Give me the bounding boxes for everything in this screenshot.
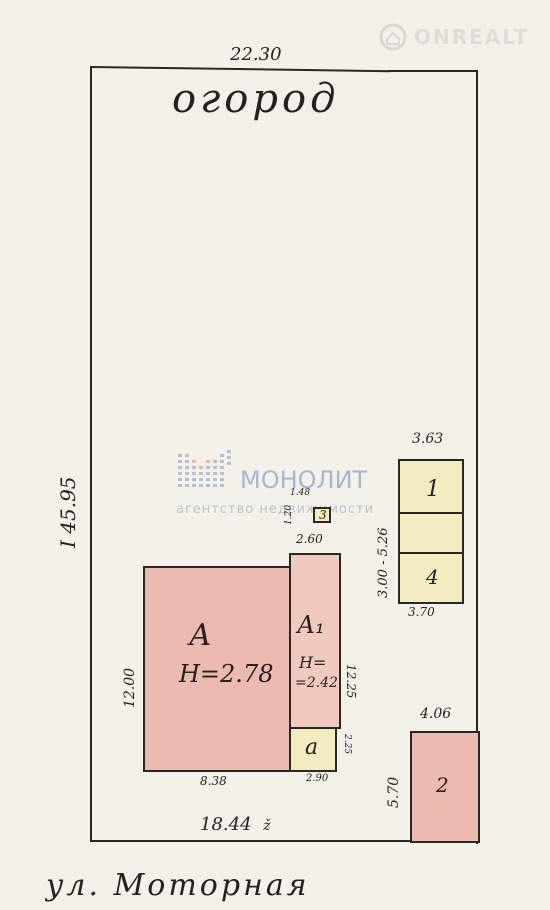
- building-A1-height-1: H=: [299, 653, 326, 672]
- outbuilding-top-width: 3.63: [412, 431, 443, 447]
- building-A-width: 8.38: [200, 774, 227, 788]
- shed-3: 3: [313, 507, 331, 523]
- shed-3-side-dim: 1.20: [284, 505, 294, 525]
- street-label: ул. Моторная: [46, 868, 310, 903]
- building-A1-height-2: =2.42: [295, 675, 338, 691]
- outbuilding-divider-1: [400, 512, 462, 514]
- outbuilding-1-4: 1 4: [398, 459, 464, 604]
- left-length-label: I 45.95: [56, 476, 80, 548]
- onrealt-watermark: ONREALT: [378, 22, 529, 52]
- onrealt-brand: ONREALT: [414, 25, 529, 49]
- building-A-height: H=2.78: [179, 660, 273, 688]
- shed-3-top-dim: 1.48: [290, 488, 310, 498]
- monolit-tagline: агентство недвижимости: [176, 502, 374, 517]
- a1-width-label: 2.60: [296, 532, 323, 546]
- shed-3-number: 3: [319, 508, 327, 522]
- garage-2: 2: [410, 731, 480, 843]
- porch-a-letter: a: [305, 735, 318, 760]
- garden-label: огород: [172, 76, 339, 122]
- building-A1-letter: А₁: [297, 611, 325, 639]
- porch-a: a: [289, 727, 337, 772]
- outbuilding-bottom-width: 3.70: [408, 605, 435, 619]
- building-A: А H=2.78: [143, 566, 291, 772]
- bottom-width-value: 18.44: [200, 814, 252, 835]
- monolit-logo-icon: [176, 448, 234, 494]
- garage-2-depth: 5.70: [386, 777, 402, 808]
- building-A-letter: А: [189, 618, 212, 653]
- top-width-label: 22.30: [230, 44, 282, 65]
- outbuilding-side-dims: 3.00 - 5.26: [376, 527, 391, 598]
- building-A1-depth: 12.25: [344, 664, 358, 698]
- garage-2-number: 2: [436, 773, 449, 797]
- outbuilding-divider-2: [400, 552, 462, 554]
- building-A1: А₁ H= =2.42: [289, 553, 341, 729]
- building-A-depth: 12.00: [122, 668, 138, 708]
- outbuilding-number-1: 1: [426, 477, 440, 502]
- bottom-width-label: 18.44 ž: [200, 814, 271, 835]
- garage-2-width: 4.06: [420, 706, 451, 722]
- porch-a-width: 2.90: [306, 773, 328, 784]
- porch-a-depth: 2.25: [342, 734, 352, 754]
- house-pin-icon: [378, 22, 408, 52]
- outbuilding-number-4: 4: [426, 565, 439, 589]
- bottom-width-mark: ž: [263, 818, 270, 834]
